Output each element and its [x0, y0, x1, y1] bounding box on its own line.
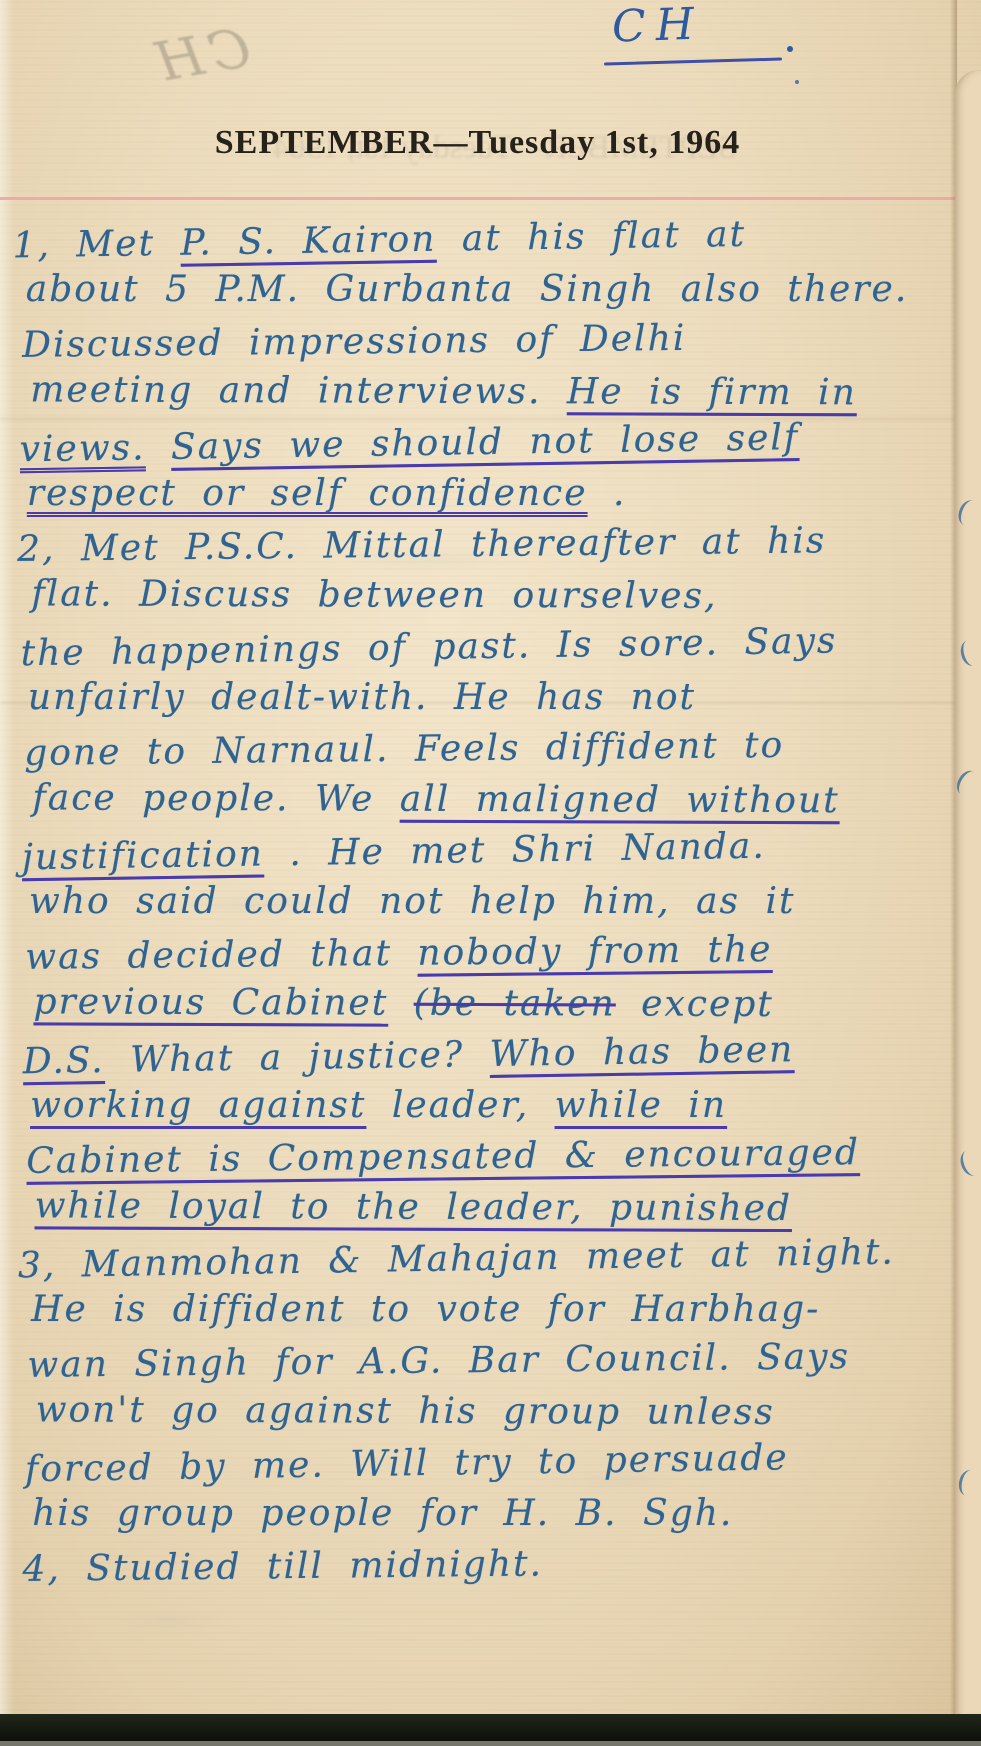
handwritten-text [145, 427, 171, 468]
underlined-phrase: Says we should not lose self [171, 417, 800, 468]
underlined-phrase: working against [30, 1085, 366, 1126]
manuscript-line: about 5 P.M. Gurbanta Singh also there. [26, 264, 956, 315]
handwritten-text: . He met Shri Nanda. [264, 826, 767, 875]
scan-background-strip [0, 1741, 981, 1746]
handwritten-text: What a justice? [104, 1034, 490, 1081]
underlined-phrase: all maligned without [400, 779, 840, 822]
ink-fragment [953, 767, 981, 799]
manuscript-line: He is diffident to vote for Harbhag- [31, 1284, 961, 1335]
manuscript-line: Discussed impressions of Delhi [22, 310, 952, 371]
struck-out-phrase: (be taken [414, 983, 616, 1025]
underlined-phrase: P. S. Kairon [180, 219, 437, 264]
manuscript-line: working against leader, while in [30, 1080, 960, 1131]
pink-ruled-line [0, 197, 981, 200]
handwritten-text: flat. Discuss between ourselves, [31, 573, 717, 616]
manuscript-line: previous Cabinet (be taken except [33, 976, 963, 1030]
handwritten-text: except [616, 983, 774, 1025]
handwritten-text: forced by me. Will try to persuade [25, 1437, 789, 1490]
ink-dot [787, 46, 793, 52]
handwritten-text: the happenings of past. Is sore. Says [20, 620, 837, 674]
underlined-phrase: D.S. [23, 1040, 105, 1082]
handwritten-text: Discussed impressions of Delhi [22, 318, 687, 366]
manuscript-line: face people. We all maligned without [32, 772, 962, 826]
manuscript-line: 2, Met P.S.C. Mittal thereafter at his [17, 514, 953, 575]
ink-fragment [957, 1148, 981, 1179]
ink-fragment [955, 498, 981, 529]
underlined-phrase: Who has been [489, 1029, 794, 1075]
manuscript-line: Cabinet is Compensated & encouraged [26, 1126, 956, 1187]
handwritten-text: wan Singh for A.G. Bar Council. Says [27, 1336, 850, 1386]
underlined-phrase: Cabinet is Compensated & encouraged [26, 1132, 860, 1182]
underlined-phrase: justification [21, 834, 264, 879]
manuscript-line: was decided that nobody from the [25, 922, 955, 983]
manuscript-line: unfairly dealt-with. He has not [28, 672, 958, 723]
manuscript-body: 1, Met P. S. Kairon at his flat atabout … [18, 211, 955, 1593]
manuscript-line: respect or self confidence . [27, 468, 957, 519]
manuscript-line: meeting and interviews. He is firm in [30, 364, 960, 418]
manuscript-line: forced by me. Will try to persuade [25, 1430, 956, 1496]
manuscript-line: wan Singh for A.G. Bar Council. Says [27, 1330, 957, 1391]
book-cover-edge [0, 1714, 981, 1741]
handwritten-text: 3, Manmohan & Mahajan meet at night. [18, 1232, 896, 1287]
manuscript-line: views. Says we should not lose self [19, 410, 950, 476]
manuscript-line: gone to Narnaul. Feels diffident to [24, 718, 954, 779]
handwritten-text: meeting and interviews. [30, 369, 567, 412]
printed-date-header: SEPTEMBER—Tuesday 1st, 1964 [0, 124, 955, 162]
underlined-phrase: He is firm in [567, 371, 857, 413]
manuscript-line: who said could not help him, as it [29, 876, 959, 927]
manuscript-line: justification . He met Shri Nanda. [21, 818, 952, 884]
ink-dot [795, 80, 799, 84]
underlined-phrase: nobody from the [417, 929, 773, 974]
manuscript-line: 1, Met P. S. Kairon at his flat at [12, 206, 949, 272]
handwritten-text: about 5 P.M. Gurbanta Singh also there. [26, 269, 908, 310]
ink-fragment [957, 1468, 981, 1497]
handwritten-text: was decided that [25, 933, 418, 978]
handwritten-text: who said could not help him, as it [29, 881, 795, 922]
underlined-phrase: previous Cabinet [33, 981, 388, 1023]
handwritten-text [388, 983, 414, 1024]
manuscript-line: while loyal to the leader, punished [35, 1180, 965, 1234]
handwritten-text: face people. We [32, 777, 399, 819]
manuscript-line: his group people for H. B. Sgh. [32, 1488, 962, 1539]
next-page-edge [955, 70, 981, 1716]
ink-fragment [958, 638, 981, 668]
scanned-diary-page: { "page": { "corner_mark": "CH", "ghost_… [0, 0, 981, 1746]
handwritten-text: He is diffident to vote for Harbhag- [31, 1289, 820, 1330]
underlined-phrase: respect or self confidence [27, 473, 588, 514]
handwritten-text: 1, Met [12, 223, 180, 267]
handwritten-text: gone to Narnaul. Feels diffident to [24, 725, 784, 774]
handwritten-text: unfairly dealt-with. He has not [28, 677, 696, 718]
handwritten-text: at his flat at [436, 214, 746, 260]
underlined-phrase: while in [555, 1085, 727, 1126]
handwritten-text: 4, Studied till midnight. [22, 1543, 543, 1589]
manuscript-line: the happenings of past. Is sore. Says [20, 614, 951, 680]
manuscript-line: 4, Studied till midnight. [22, 1534, 958, 1595]
handwritten-text: 2, Met P.S.C. Mittal thereafter at his [17, 520, 827, 569]
handwritten-text: . [588, 473, 627, 514]
underlined-phrase: views. [19, 427, 146, 470]
manuscript-line: 3, Manmohan & Mahajan meet at night. [18, 1226, 955, 1292]
manuscript-line: won't go against his group unless [36, 1384, 966, 1438]
handwritten-text: leader, [366, 1085, 554, 1126]
corner-mark-handwritten: CH [611, 0, 705, 53]
handwritten-text: won't go against his group unless [36, 1389, 775, 1433]
underlined-phrase: while loyal to the leader, punished [35, 1185, 793, 1229]
handwritten-text: his group people for H. B. Sgh. [32, 1493, 733, 1534]
manuscript-line: D.S. What a justice? Who has been [22, 1022, 953, 1088]
manuscript-line: flat. Discuss between ourselves, [31, 568, 961, 622]
